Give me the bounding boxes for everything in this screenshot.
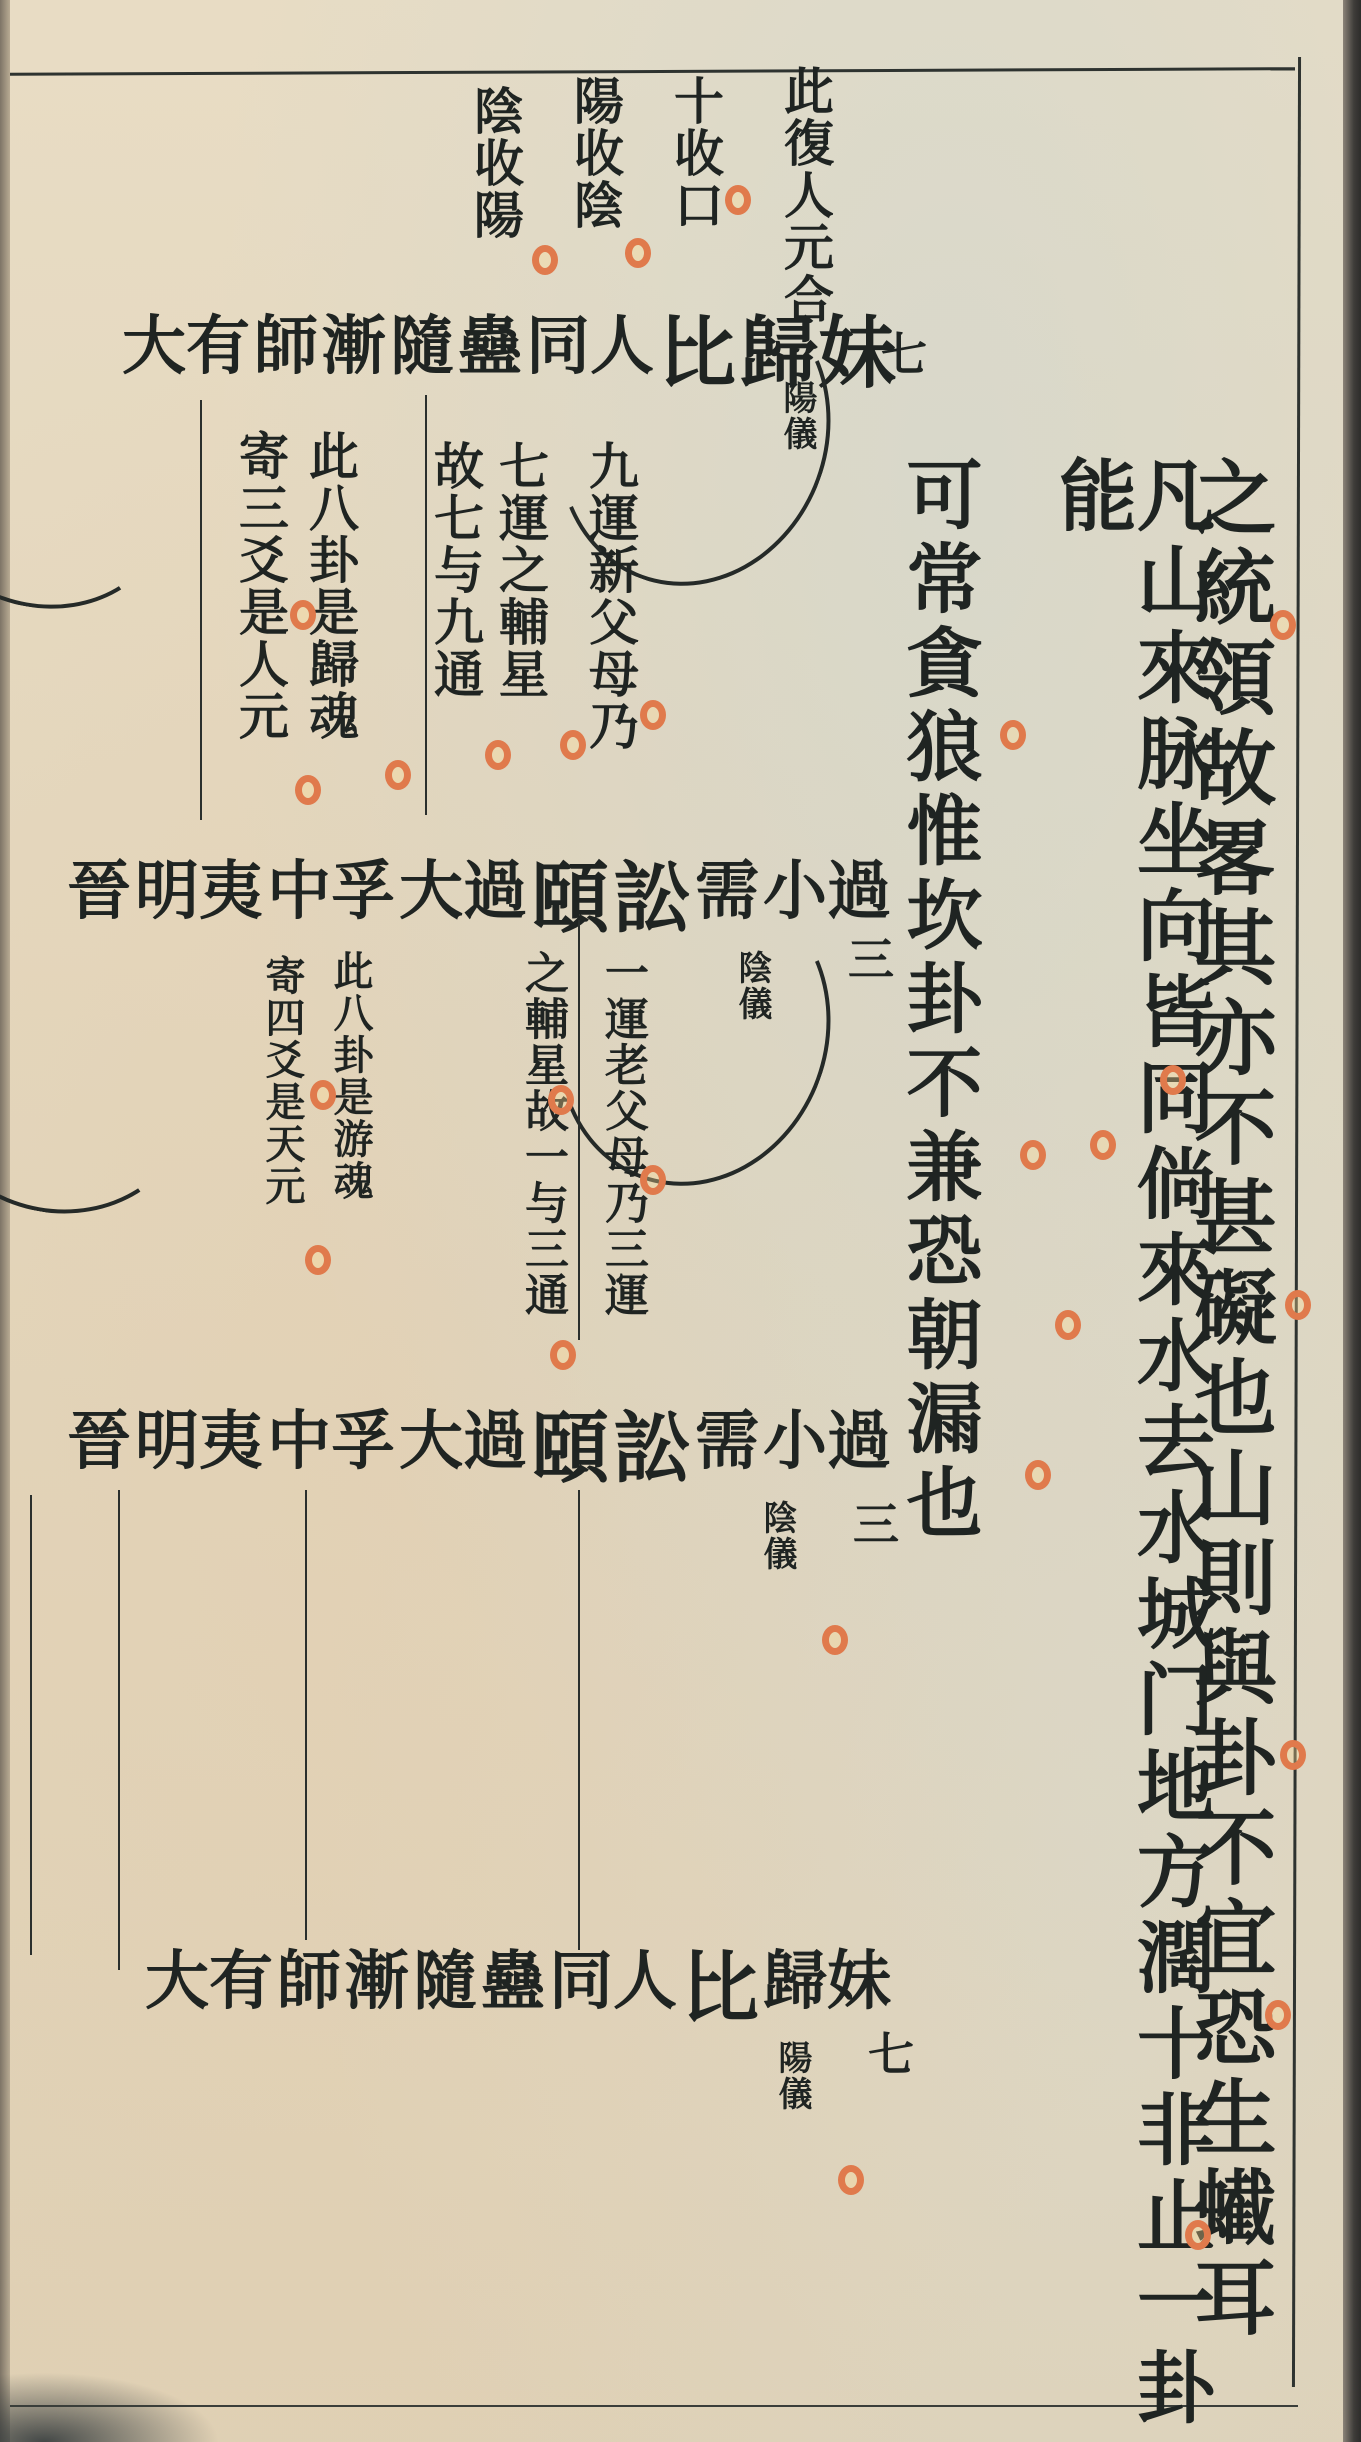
hexagram-gu: 蠱	[481, 1950, 545, 2014]
connector-song-tong-ren	[578, 1490, 580, 1950]
row-1-note-3: 故七与九通	[430, 440, 480, 700]
red-punctuation-mark	[1160, 1065, 1186, 1095]
main-text-column-3: 可常貪狼惟坎卦不兼恐朝漏也	[900, 455, 976, 1547]
red-punctuation-mark	[625, 238, 651, 268]
hexagram-tong-ren: 同人	[549, 1950, 677, 2014]
connector-jin-da-you	[30, 1495, 32, 1955]
red-punctuation-mark	[1055, 1310, 1081, 1340]
red-punctuation-mark	[1285, 1290, 1311, 1320]
red-punctuation-mark	[1270, 610, 1296, 640]
connector-da-guo-sui	[305, 1490, 307, 1940]
red-punctuation-mark	[548, 1085, 574, 1115]
row-1-note-5: 寄三爻是人元	[235, 430, 285, 742]
top-note-line-3: 陽收陰	[570, 75, 620, 231]
hexagram-sui: 隨	[390, 315, 454, 379]
hexagram-gu: 蠱	[458, 315, 522, 379]
red-punctuation-mark	[1265, 2000, 1291, 2030]
hexagram-da-guo: 大過	[399, 1410, 527, 1474]
hexagram-yi: 頤	[531, 1410, 609, 1488]
hexagram-ming-yi: 明夷	[135, 1410, 263, 1474]
hexagram-row-3: 小過 需 訟 頤 大過 中孚 明夷 晉	[63, 1410, 891, 1488]
hexagram-zhong-fu: 中孚	[267, 1410, 395, 1474]
red-punctuation-mark	[1280, 1740, 1306, 1770]
top-note-line-4: 陰收陽	[470, 85, 520, 241]
red-punctuation-mark	[550, 1340, 576, 1370]
top-note-line-2: 十收口	[670, 75, 720, 231]
row-1-connector-line	[200, 400, 202, 820]
hexagram-row-4: 歸妹 比 同人 蠱 隨 漸 師 大有	[141, 1950, 891, 2028]
red-punctuation-mark	[560, 730, 586, 760]
row-1-connector-line	[425, 395, 427, 815]
hexagram-jin: 晉	[67, 1410, 131, 1474]
hexagram-song: 訟	[613, 1410, 691, 1488]
hexagram-da-you: 大有	[145, 1950, 273, 2014]
red-punctuation-mark	[725, 185, 751, 215]
hexagram-jian: 漸	[345, 1950, 409, 2014]
row-1-note-1: 九運新父母乃	[585, 440, 635, 752]
red-punctuation-mark	[385, 760, 411, 790]
red-punctuation-mark	[532, 245, 558, 275]
row-2-note-4: 寄四爻是天元	[262, 955, 302, 1207]
hexagram-gui-mei: 歸妹	[763, 1950, 891, 2014]
red-punctuation-mark	[822, 1625, 848, 1655]
hexagram-shi: 師	[277, 1950, 341, 2014]
hexagram-sui: 隨	[413, 1950, 477, 2014]
row-3-number: 三	[850, 1500, 896, 1548]
page-left-edge	[0, 0, 10, 2442]
hexagram-shi: 師	[254, 315, 318, 379]
page-corner-shadow	[0, 2372, 220, 2442]
red-punctuation-mark	[640, 1165, 666, 1195]
hexagram-da-guo: 大過	[399, 860, 527, 924]
red-punctuation-mark	[1000, 720, 1026, 750]
connector-ming-yi-shi	[118, 1490, 120, 1970]
red-punctuation-mark	[1025, 1460, 1051, 1490]
row-2-note-3: 此八卦是游魂	[330, 950, 370, 1202]
top-note-line-1: 此復人元合	[780, 65, 830, 325]
red-punctuation-mark	[640, 700, 666, 730]
row-1-number: 七	[878, 330, 924, 378]
red-punctuation-mark	[290, 600, 316, 630]
red-punctuation-mark	[1185, 2220, 1211, 2250]
row-2-note-2: 之輔星故一与三通	[520, 950, 564, 1318]
red-punctuation-mark	[1090, 1130, 1116, 1160]
red-punctuation-mark	[295, 775, 321, 805]
red-punctuation-mark	[1020, 1140, 1046, 1170]
row-1-note-4: 此八卦是歸魂	[305, 430, 355, 742]
row-3-yi-label: 陰儀	[760, 1500, 794, 1572]
red-punctuation-mark	[485, 740, 511, 770]
hexagram-yi: 頤	[531, 860, 609, 938]
red-punctuation-mark	[838, 2165, 864, 2195]
hexagram-da-you: 大有	[122, 315, 250, 379]
red-punctuation-mark	[310, 1080, 336, 1110]
row-4-number: 七	[865, 2030, 911, 2078]
hexagram-ming-yi: 明夷	[135, 860, 263, 924]
hexagram-bi: 比	[681, 1950, 759, 2028]
red-punctuation-mark	[305, 1245, 331, 1275]
row-2-number: 三	[845, 935, 891, 983]
row-4-yi-label: 陽儀	[775, 2040, 809, 2112]
hexagram-zhong-fu: 中孚	[267, 860, 395, 924]
hexagram-jian: 漸	[322, 315, 386, 379]
book-spine	[1343, 0, 1361, 2442]
row-2-note-1: 一運老父母乃三運	[600, 950, 644, 1318]
hexagram-xu: 需	[695, 1410, 759, 1474]
hexagram-xiao-guo: 小過	[763, 1410, 891, 1474]
row-1-note-2: 七運之輔星	[495, 440, 545, 700]
row-2-connector-line	[578, 920, 580, 1340]
main-text-column-2: 凡山來脉坐向皆同倘來水去水城门地方濶十非止一卦能	[1052, 455, 1208, 2442]
hexagram-jin: 晉	[67, 860, 131, 924]
